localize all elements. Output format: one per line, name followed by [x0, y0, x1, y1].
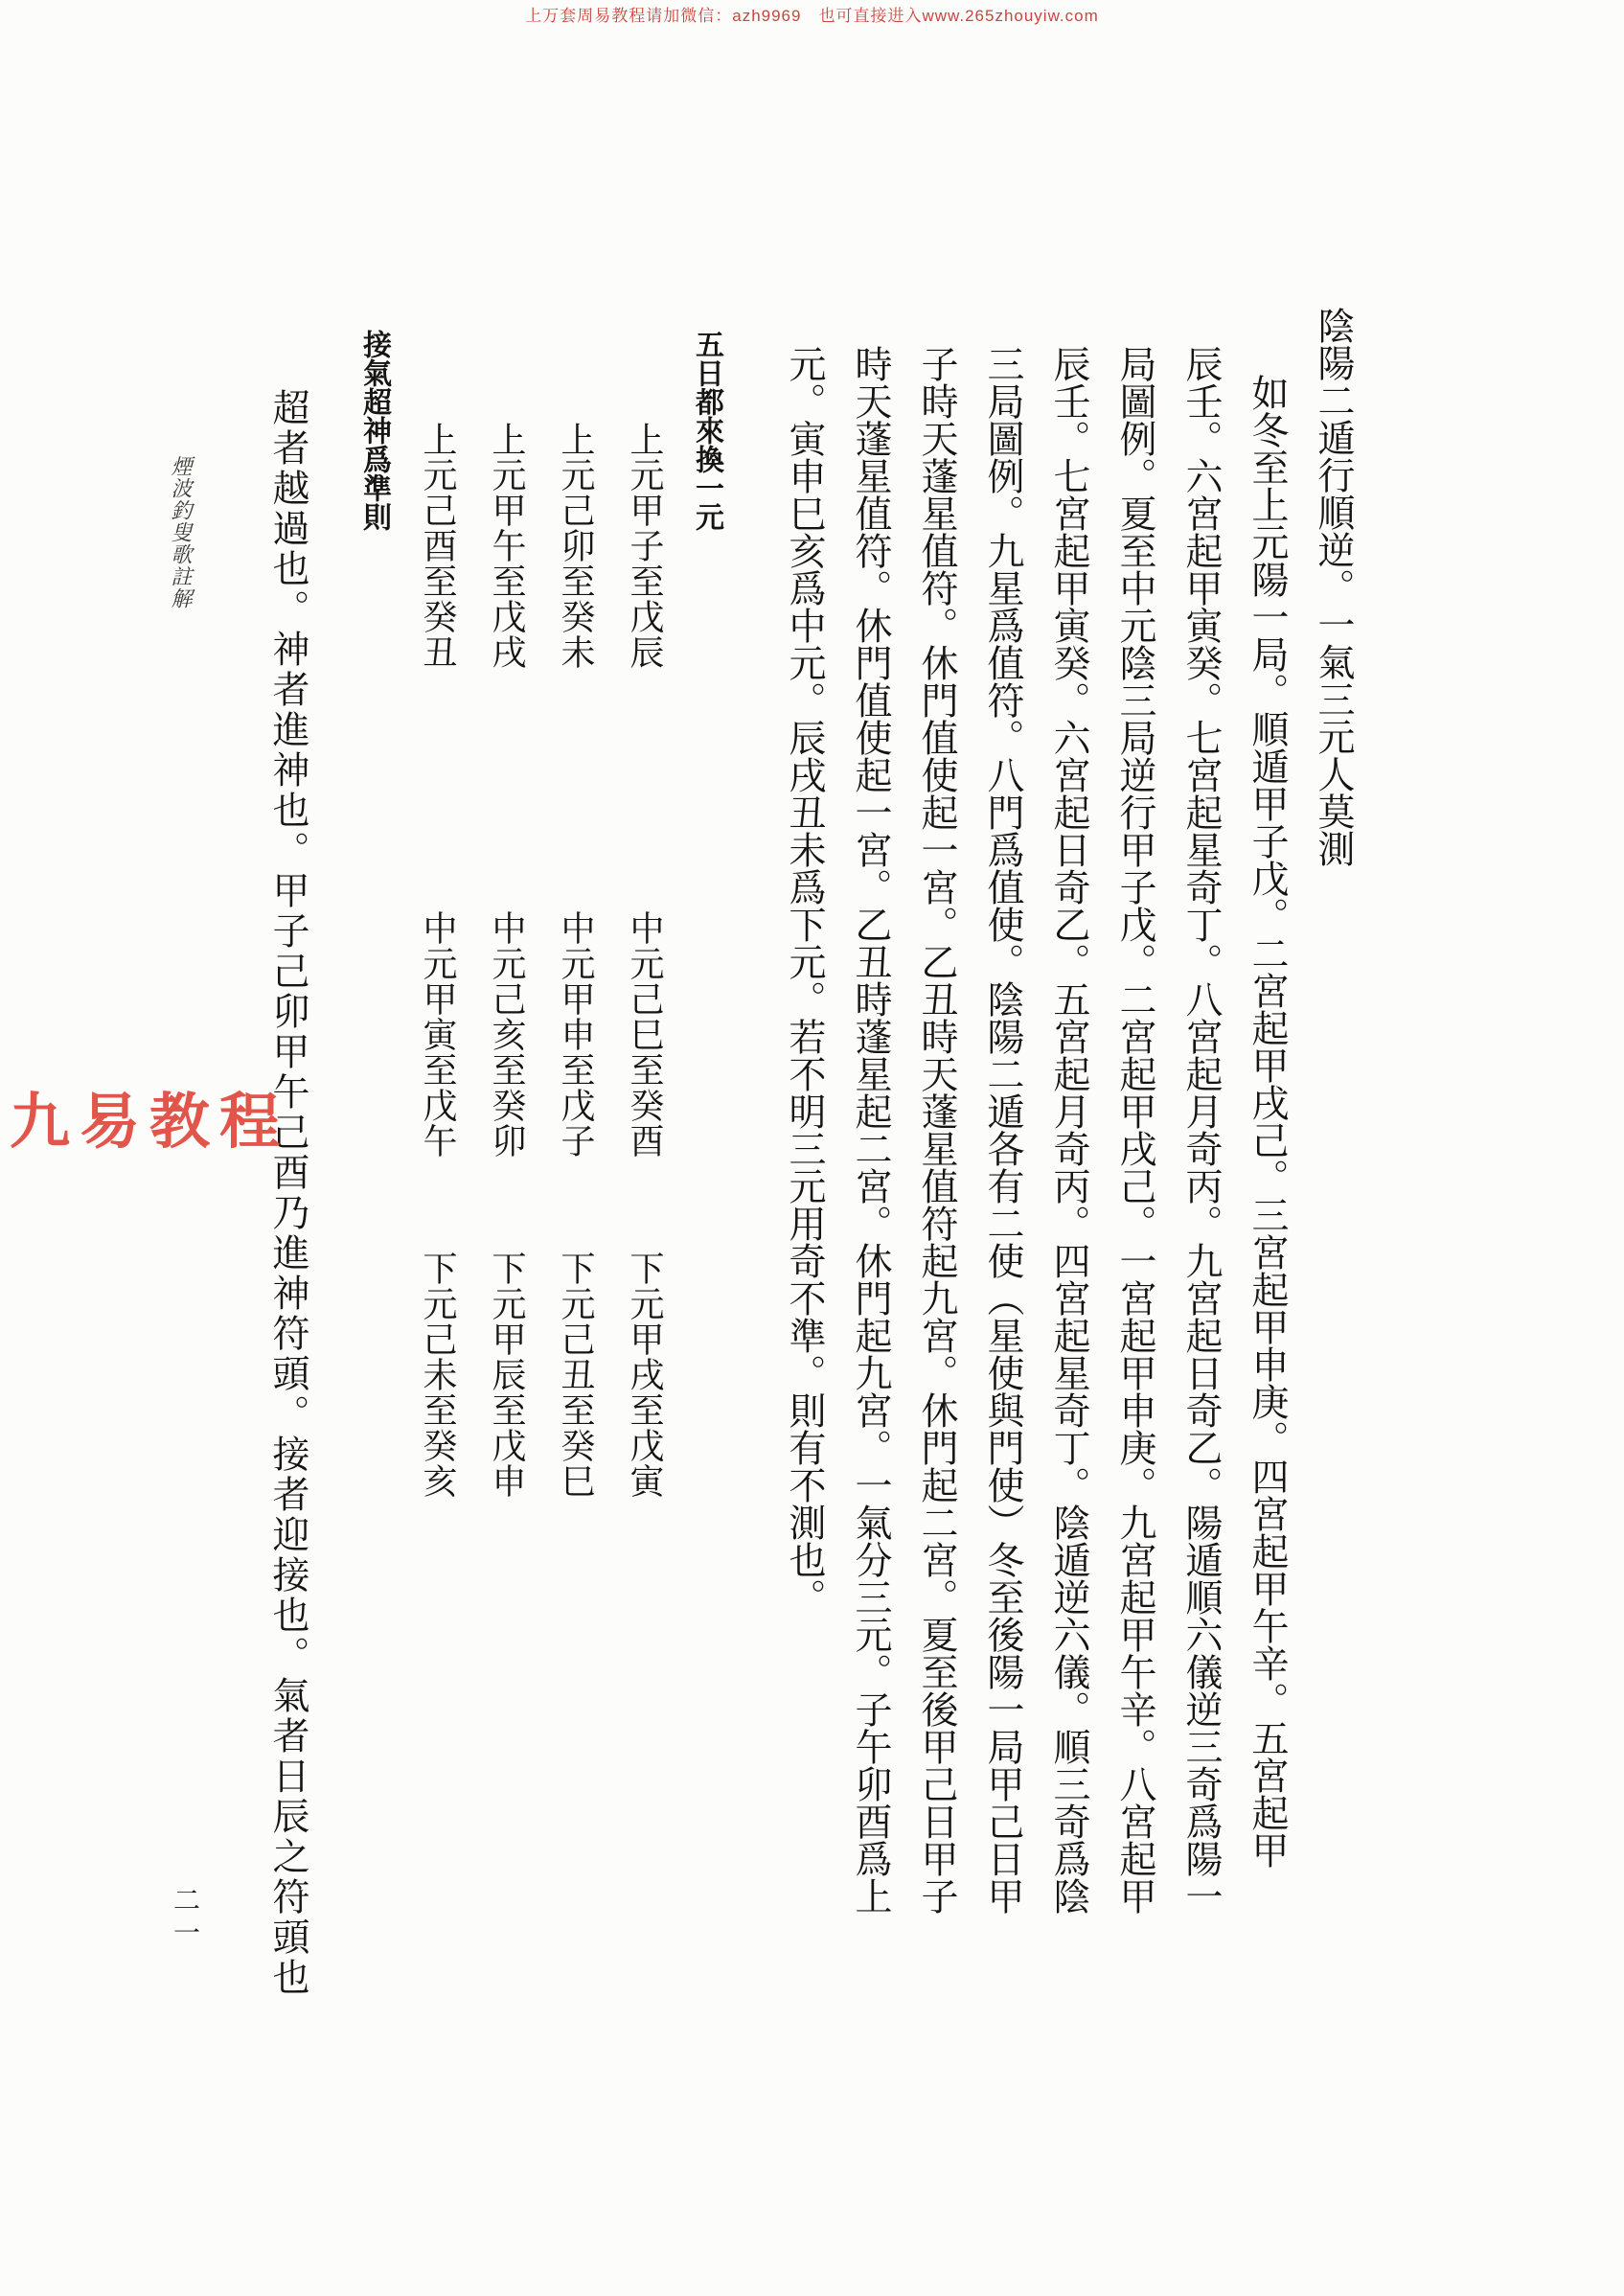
- body-column-2: 辰壬。六宮起甲寅癸。七宮起星奇丁。八宮起月奇丙。九宮起日奇乙。陽遁順六儀逆三奇爲…: [1182, 307, 1220, 2032]
- body-column-3: 局圖例。夏至中元陰三局逆行甲子戊。二宮起甲戌己。一宮起甲申庚。九宮起甲午辛。八宮…: [1116, 307, 1154, 2032]
- table-line4-shangyuan: 上元己酉至癸丑: [421, 422, 455, 670]
- body-column-1: 如冬至上元陽一局。順遁甲子戊。二宮起甲戌己。三宮起甲申庚。四宮起甲午辛。五宮起甲: [1248, 307, 1286, 2032]
- table-line1-shangyuan: 上元甲子至戊辰: [628, 422, 662, 670]
- body-column-8: 元。寅申巳亥爲中元。辰戌丑未爲下元。若不明三元用奇不準。則有不測也。: [786, 307, 823, 2032]
- table-line1-zhongyuan: 中元己巳至癸酉: [628, 910, 662, 1159]
- promo-header-text: 上万套周易教程请加微信：azh9969 也可直接进入www.265zhouyiw…: [0, 2, 1624, 26]
- commentary-paragraph: 超者越過也。神者進神也。甲子己卯甲午己酉乃進神符頭。接者迎接也。氣者日辰之符頭也: [269, 388, 307, 1998]
- section-heading-five-days: 五日都來換一元: [692, 330, 721, 531]
- table-line2-zhongyuan: 中元甲申至戊子: [559, 910, 593, 1159]
- table-line2-shangyuan: 上元己卯至癸未: [559, 422, 593, 670]
- table-line3-shangyuan: 上元甲午至戊戌: [490, 422, 524, 670]
- body-column-5: 三局圖例。九星爲值符。八門爲值使。陰陽二遁各有二使（星使與門使）冬至後陽一局甲己…: [984, 307, 1021, 2032]
- body-column-6: 子時天蓬星值符。休門值使起一宮。乙丑時天蓬星值符起九宮。休門起二宮。夏至後甲己日…: [918, 307, 955, 2032]
- body-column-7: 時天蓬星值符。休門值使起一宮。乙丑時蓬星起二宮。休門起九宮。一氣分三元。子午卯酉…: [852, 307, 889, 2032]
- scanned-book-page: 上万套周易教程请加微信：azh9969 也可直接进入www.265zhouyiw…: [0, 0, 1624, 2296]
- verse-title: 陰陽二遁行順逆。一氣三元人莫測: [1315, 307, 1352, 2032]
- table-line4-xiayuan: 下元己未至癸亥: [421, 1251, 455, 1499]
- section-heading-jieqi-chaoshen: 接氣超神爲準則: [359, 330, 388, 531]
- page-number: 二一: [171, 1886, 197, 1951]
- body-column-4: 辰壬。七宮起甲寅癸。六宮起日奇乙。五宮起月奇丙。四宮起星奇丁。陰遁逆六儀。順三奇…: [1050, 307, 1087, 2032]
- table-line4-zhongyuan: 中元甲寅至戊午: [421, 910, 455, 1159]
- watermark-text: 九易教程: [10, 1073, 289, 1160]
- table-line3-xiayuan: 下元甲辰至戊申: [490, 1251, 524, 1499]
- main-text-block: 陰陽二遁行順逆。一氣三元人莫測 如冬至上元陽一局。順遁甲子戊。二宮起甲戌己。三宮…: [757, 307, 1352, 2032]
- table-line1-xiayuan: 下元甲戌至戊寅: [628, 1251, 662, 1499]
- table-line3-zhongyuan: 中元己亥至癸卯: [490, 910, 524, 1159]
- table-line2-xiayuan: 下元己丑至癸巳: [559, 1251, 593, 1499]
- book-title: 煙波釣叟歌註解: [170, 455, 191, 609]
